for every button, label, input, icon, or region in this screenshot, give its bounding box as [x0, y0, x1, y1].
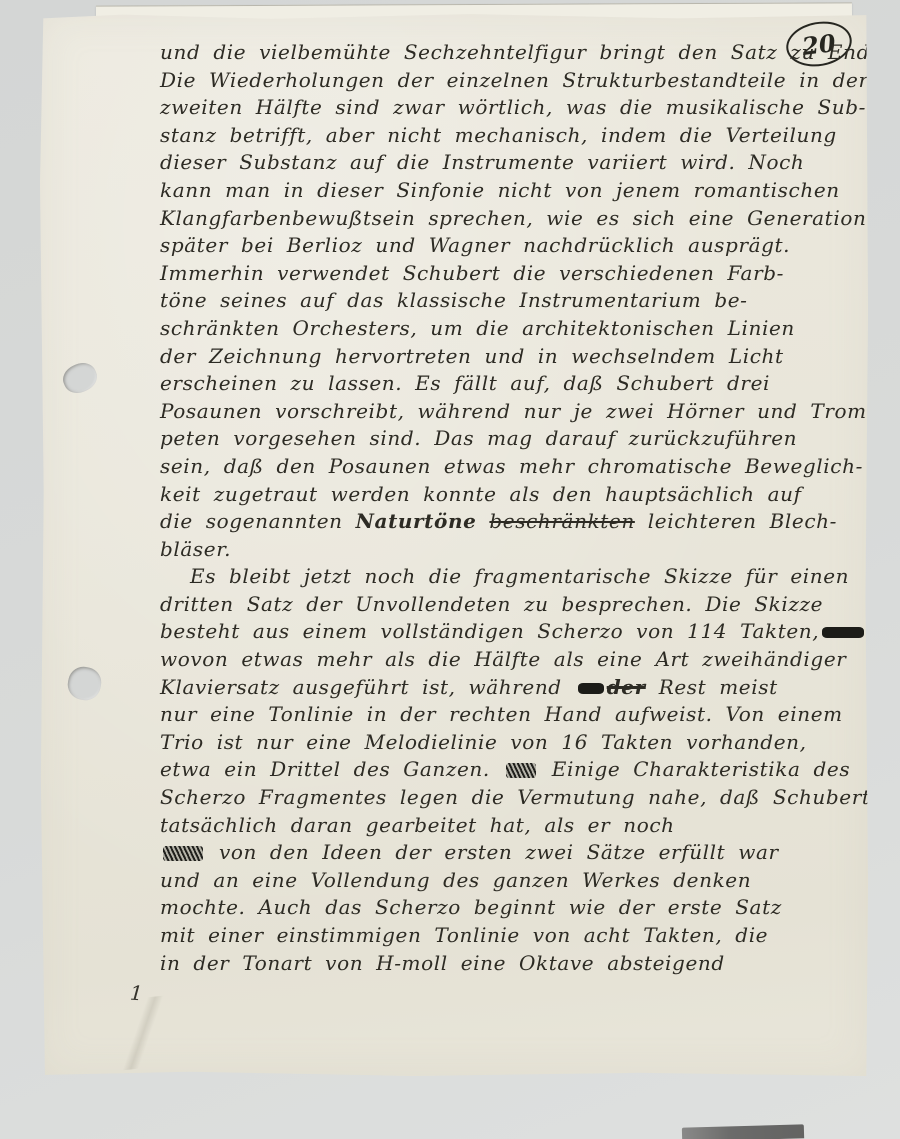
text-segment: und an eine Vollendung des ganzen Werkes… [160, 868, 751, 892]
text-segment: leichteren Blech- [635, 509, 837, 533]
manuscript-line: nur eine Tonlinie in der rechten Hand au… [160, 701, 862, 729]
manuscript-line: wovon etwas mehr als die Hälfte als eine… [160, 646, 862, 674]
manuscript-line: Die Wiederholungen der einzelnen Struktu… [160, 67, 862, 95]
manuscript-line: mit einer einstimmigen Tonlinie von acht… [160, 922, 862, 950]
text-segment: besteht aus einem vollständigen Scherzo … [160, 619, 819, 643]
text-segment: Immerhin verwendet Schubert die verschie… [160, 261, 784, 285]
manuscript-line: Klangfarbenbewußtsein sprechen, wie es s… [160, 205, 862, 233]
text-segment: zweiten Hälfte sind zwar wörtlich, was d… [160, 95, 866, 119]
manuscript-line: in der Tonart von H-moll eine Oktave abs… [160, 950, 862, 978]
manuscript-line: stanz betrifft, aber nicht mechanisch, i… [160, 122, 862, 150]
manuscript-line: dritten Satz der Unvollendeten zu bespre… [160, 591, 862, 619]
manuscript-line: später bei Berlioz und Wagner nachdrückl… [160, 232, 862, 260]
manuscript-line: bläser. [160, 536, 862, 564]
text-segment: dritten Satz der Unvollendeten zu bespre… [160, 592, 823, 616]
manuscript-line: die sogenannten Naturtöne beschränkten l… [160, 508, 862, 536]
manuscript-lines: und die vielbemühte Sechzehntelfigur bri… [160, 39, 862, 977]
scribble-mark [163, 846, 203, 861]
text-segment: dieser Substanz auf die Instrumente vari… [160, 150, 804, 174]
text-segment: der Zeichnung hervortreten und in wechse… [160, 344, 784, 368]
text-segment: Rest meist [646, 675, 778, 699]
text-segment: nur eine Tonlinie in der rechten Hand au… [160, 702, 843, 726]
text-segment: Posaunen vorschreibt, während nur je zwe… [160, 399, 874, 423]
text-segment: Trio ist nur eine Melodielinie von 16 Ta… [160, 730, 807, 754]
text-segment [476, 509, 489, 533]
manuscript-line: Klaviersatz ausgeführt ist, während der … [160, 674, 862, 702]
manuscript-line: töne seines auf das klassische Instrumen… [160, 287, 862, 315]
manuscript-line: von den Ideen der ersten zwei Sätze erfü… [160, 839, 862, 867]
text-segment: später bei Berlioz und Wagner nachdrückl… [160, 233, 790, 257]
manuscript-line: und die vielbemühte Sechzehntelfigur bri… [160, 39, 862, 67]
manuscript-line: besteht aus einem vollständigen Scherzo … [160, 618, 862, 646]
manuscript-line: erscheinen zu lassen. Es fällt auf, daß … [160, 370, 862, 398]
scanner-edge-bar [682, 1124, 804, 1139]
margin-mark: 1 [129, 981, 143, 1006]
photo-background: 20 und die vielbemühte Sechzehntelfigur … [0, 0, 900, 1139]
manuscript-line: zweiten Hälfte sind zwar wörtlich, was d… [160, 94, 862, 122]
manuscript-line: schränkten Orchesters, um die architekto… [160, 315, 862, 343]
text-segment: Klaviersatz ausgeführt ist, während [160, 675, 575, 699]
scribble-mark [506, 763, 536, 778]
text-segment: Naturtöne [356, 509, 477, 533]
manuscript-line: tatsächlich daran gearbeitet hat, als er… [160, 812, 862, 840]
text-segment: Es bleibt jetzt noch die fragmentarische… [190, 564, 849, 588]
text-segment: erscheinen zu lassen. Es fällt auf, daß … [160, 371, 770, 395]
text-segment: Klangfarbenbewußtsein sprechen, wie es s… [160, 206, 866, 230]
text-segment: beschränkten [489, 509, 634, 533]
text-segment: und die vielbemühte Sechzehntelfigur bri… [160, 40, 889, 64]
text-segment: schränkten Orchesters, um die architekto… [160, 316, 795, 340]
text-segment: die sogenannten [160, 509, 356, 533]
text-segment: Scherzo Fragmentes legen die Vermutung n… [160, 785, 871, 809]
text-segment: etwa ein Drittel des Ganzen. [160, 757, 503, 781]
manuscript-line: sein, daß den Posaunen etwas mehr chroma… [160, 453, 862, 481]
text-segment: peten vorgesehen sind. Das mag darauf zu… [160, 426, 797, 450]
punch-hole-top [59, 358, 101, 397]
manuscript-line: der Zeichnung hervortreten und in wechse… [160, 343, 862, 371]
text-segment: Die Wiederholungen der einzelnen Struktu… [160, 68, 869, 92]
text-segment: keit zugetraut werden konnte als den hau… [160, 482, 802, 506]
manuscript-line: Trio ist nur eine Melodielinie von 16 Ta… [160, 729, 862, 757]
paper-crease [55, 989, 231, 1076]
text-segment: bläser. [160, 537, 231, 561]
manuscript-line: Immerhin verwendet Schubert die verschie… [160, 260, 862, 288]
text-segment: tatsächlich daran gearbeitet hat, als er… [160, 813, 675, 837]
text-segment: in der Tonart von H-moll eine Oktave abs… [160, 951, 725, 975]
manuscript-line: keit zugetraut werden konnte als den hau… [160, 481, 862, 509]
text-segment: kann man in dieser Sinfonie nicht von je… [160, 178, 840, 202]
punch-hole-bottom [65, 664, 104, 703]
manuscript-line: peten vorgesehen sind. Das mag darauf zu… [160, 425, 862, 453]
text-segment: töne seines auf das klassische Instrumen… [160, 288, 748, 312]
manuscript-line: Posaunen vorschreibt, während nur je zwe… [160, 398, 862, 426]
manuscript-line: Scherzo Fragmentes legen die Vermutung n… [160, 784, 862, 812]
text-segment: stanz betrifft, aber nicht mechanisch, i… [160, 123, 837, 147]
text-segment: mochte. Auch das Scherzo beginnt wie der… [160, 895, 782, 919]
manuscript-line: etwa ein Drittel des Ganzen. Einige Char… [160, 756, 862, 784]
text-segment: der [607, 675, 646, 699]
text-segment: sein, daß den Posaunen etwas mehr chroma… [160, 454, 863, 478]
manuscript-line: Es bleibt jetzt noch die fragmentarische… [160, 563, 862, 591]
redact-mark [822, 627, 864, 638]
text-segment: wovon etwas mehr als die Hälfte als eine… [160, 647, 846, 671]
manuscript-page: 20 und die vielbemühte Sechzehntelfigur … [40, 13, 868, 1076]
text-segment: von den Ideen der ersten zwei Sätze erfü… [206, 840, 779, 864]
manuscript-line: mochte. Auch das Scherzo beginnt wie der… [160, 894, 862, 922]
text-segment: mit einer einstimmigen Tonlinie von acht… [160, 923, 768, 947]
manuscript-line: kann man in dieser Sinfonie nicht von je… [160, 177, 862, 205]
manuscript-line: dieser Substanz auf die Instrumente vari… [160, 149, 862, 177]
redact-mark [578, 683, 604, 694]
text-segment: Einige Charakteristika des [539, 757, 850, 781]
manuscript-line: und an eine Vollendung des ganzen Werkes… [160, 867, 862, 895]
